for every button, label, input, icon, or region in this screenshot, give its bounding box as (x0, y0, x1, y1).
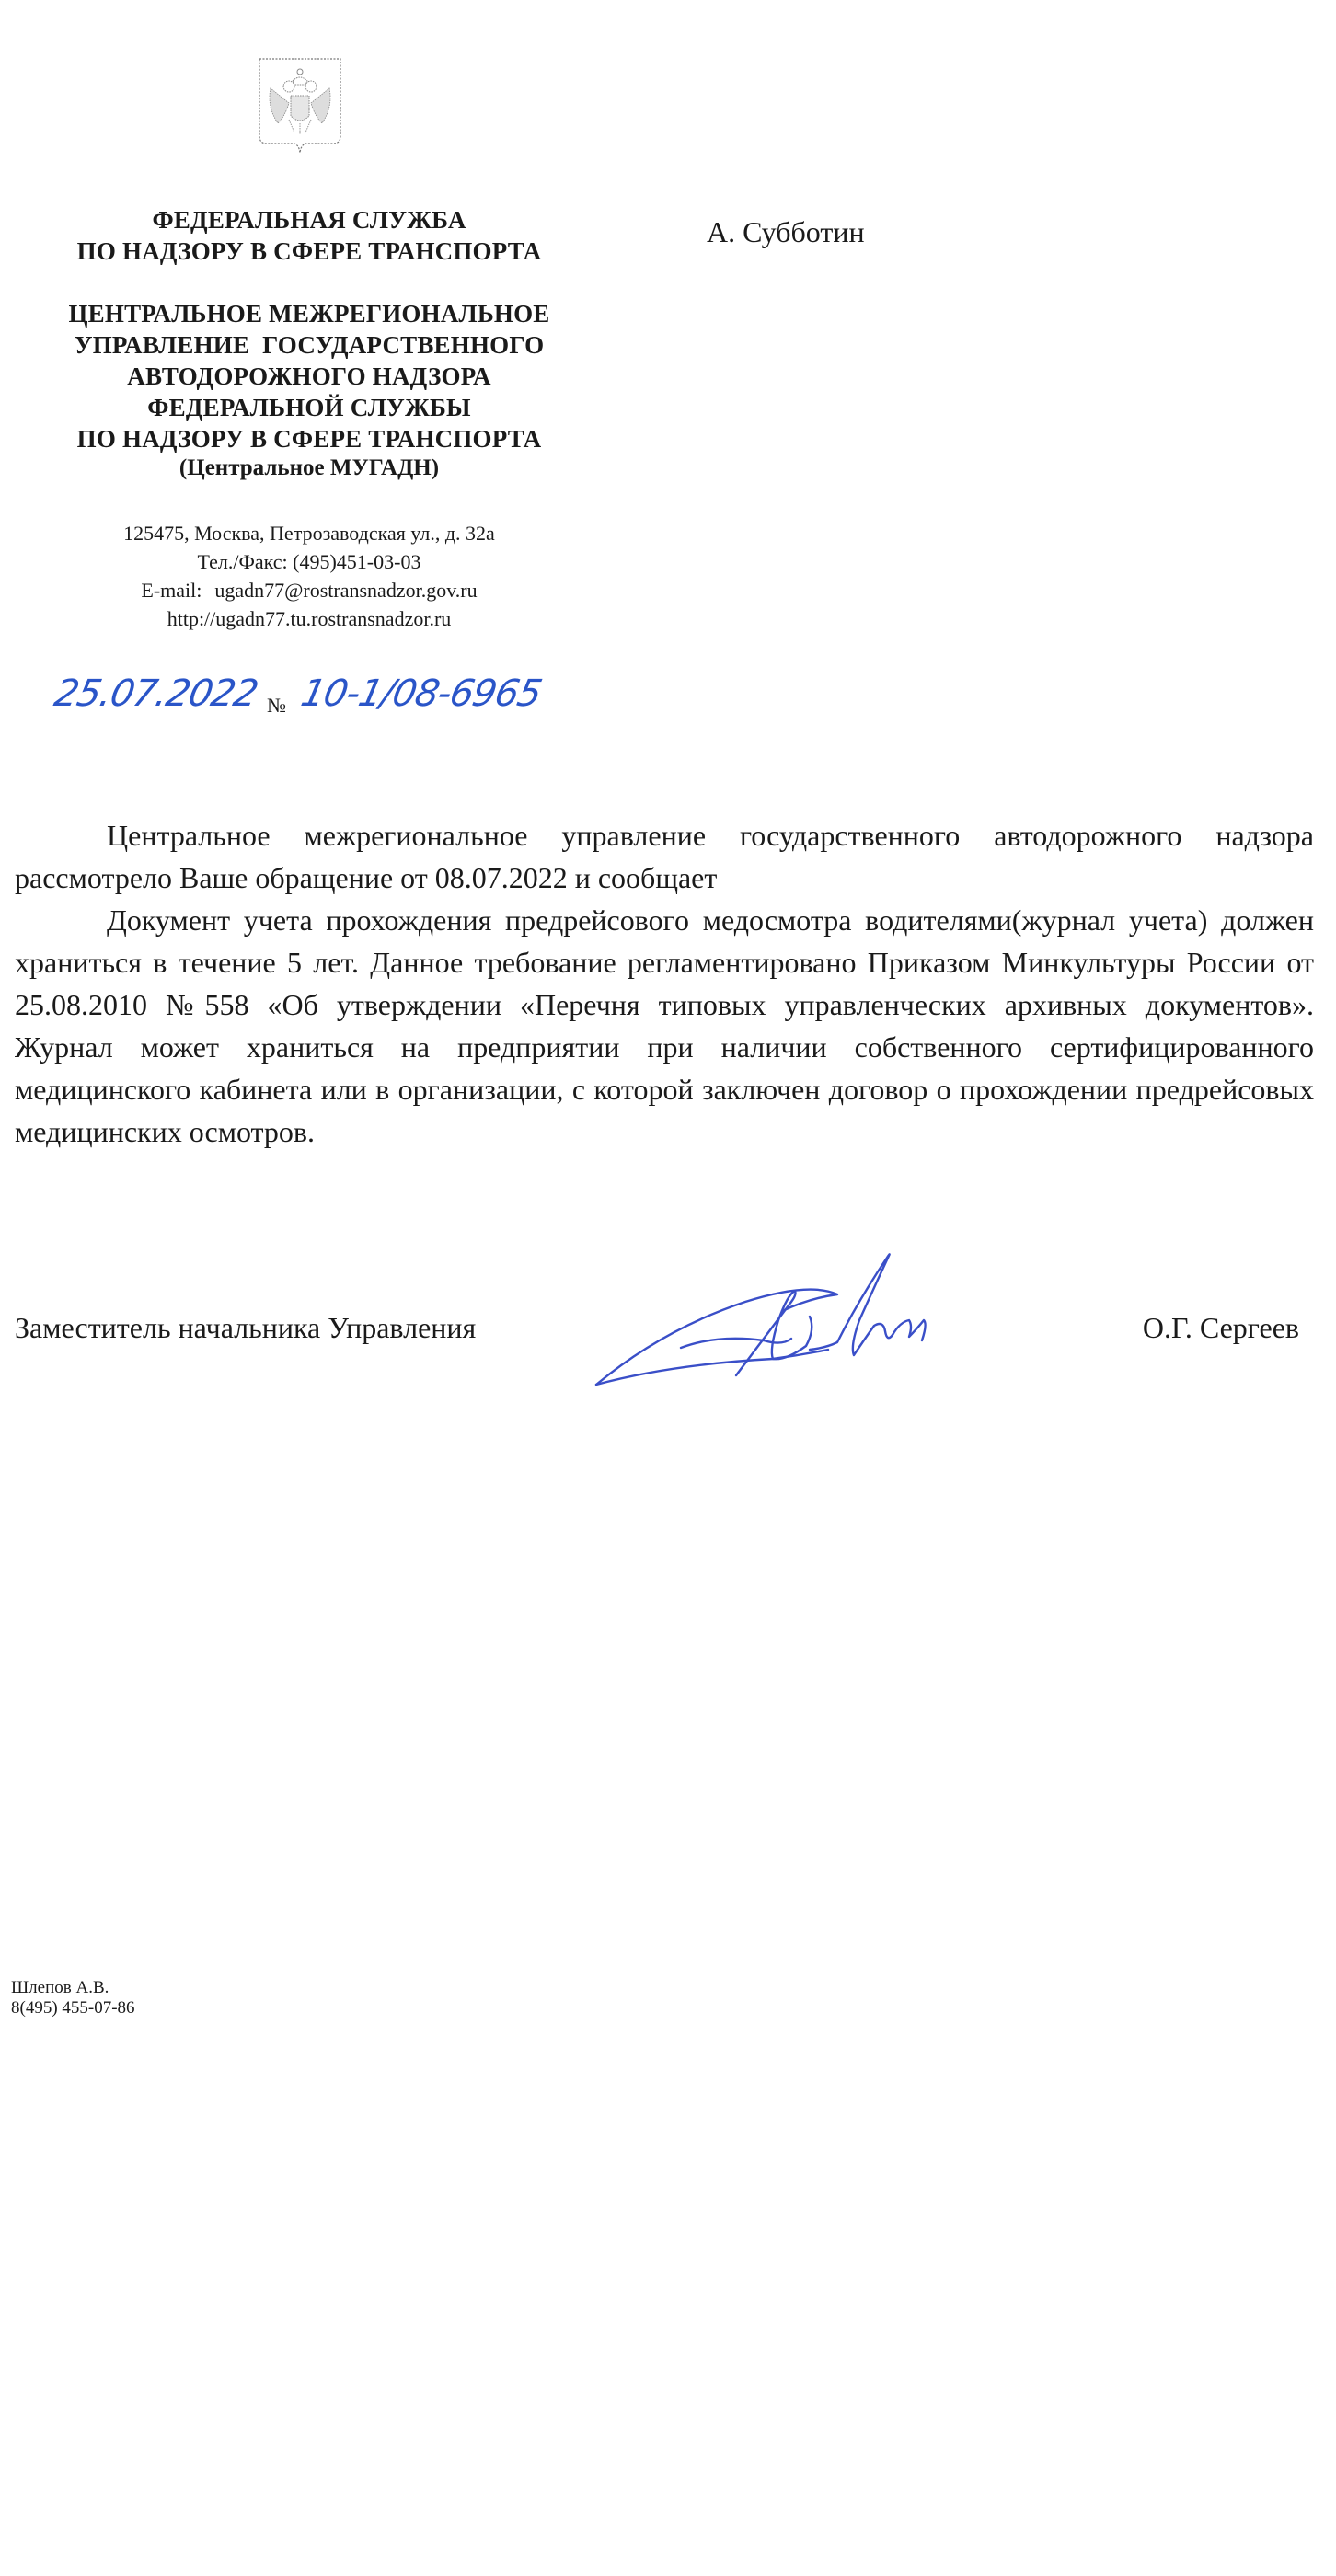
website-link[interactable]: http://ugadn77.tu.rostransnadzor.ru (24, 604, 594, 633)
number-sign: № (267, 694, 286, 718)
department-name-line: ЦЕНТРАЛЬНОЕ МЕЖРЕГИОНАЛЬНОЕ (24, 298, 594, 329)
department-name-line: УПРАВЛЕНИЕ ГОСУДАРСТВЕННОГО (24, 329, 594, 361)
phone-fax: Тел./Факс: (495)451-03-03 (24, 547, 594, 576)
registration-date-field: 25.07.2022 (55, 661, 262, 719)
russian-coat-of-arms-icon (254, 52, 346, 162)
executor-phone: 8(495) 455-07-86 (11, 1998, 135, 2018)
contact-block: 125475, Москва, Петрозаводская ул., д. 3… (24, 519, 594, 633)
signatory-position: Заместитель начальника Управления (15, 1306, 476, 1349)
executor-info: Шлепов А.В. 8(495) 455-07-86 (11, 1978, 135, 2018)
letter-page: ФЕДЕРАЛЬНАЯ СЛУЖБА ПО НАДЗОРУ В СФЕРЕ ТР… (0, 0, 1336, 2576)
service-name-line: ПО НАДЗОРУ В СФЕРЕ ТРАНСПОРТА (24, 236, 594, 267)
registration-date: 25.07.2022 (51, 673, 261, 715)
signature-row: Заместитель начальника Управления О.Г. С… (15, 1306, 1314, 1362)
address: 125475, Москва, Петрозаводская ул., д. 3… (24, 519, 594, 547)
body-paragraph: Документ учета прохождения предрейсового… (15, 899, 1314, 1153)
email-link[interactable]: ugadn77@rostransnadzor.gov.ru (214, 579, 477, 602)
department-short-name: (Центральное МУГАДН) (24, 454, 594, 482)
registration-number-field: 10-1/08-6965 (294, 661, 529, 719)
recipient-name: А. Субботин (707, 213, 865, 250)
letter-body: Центральное межрегиональное управление г… (15, 814, 1314, 1153)
department-name-line: АВТОДОРОЖНОГО НАДЗОРА (24, 361, 594, 392)
signatory-name: О.Г. Сергеев (1143, 1306, 1299, 1349)
registration-number: 10-1/08-6965 (297, 673, 545, 715)
department-name-line: ФЕДЕРАЛЬНОЙ СЛУЖБЫ (24, 392, 594, 423)
email-label: E-mail: (141, 579, 202, 602)
body-paragraph: Центральное межрегиональное управление г… (15, 814, 1314, 899)
email-row: E-mail:ugadn77@rostransnadzor.gov.ru (24, 576, 594, 604)
coat-of-arms-icon (254, 52, 346, 162)
department-name-line: ПО НАДЗОРУ В СФЕРЕ ТРАНСПОРТА (24, 423, 594, 454)
registration-line: 25.07.2022 № 10-1/08-6965 (55, 662, 534, 727)
service-name-line: ФЕДЕРАЛЬНАЯ СЛУЖБА (24, 204, 594, 236)
letterhead: ФЕДЕРАЛЬНАЯ СЛУЖБА ПО НАДЗОРУ В СФЕРЕ ТР… (24, 204, 594, 633)
executor-name: Шлепов А.В. (11, 1978, 135, 1998)
